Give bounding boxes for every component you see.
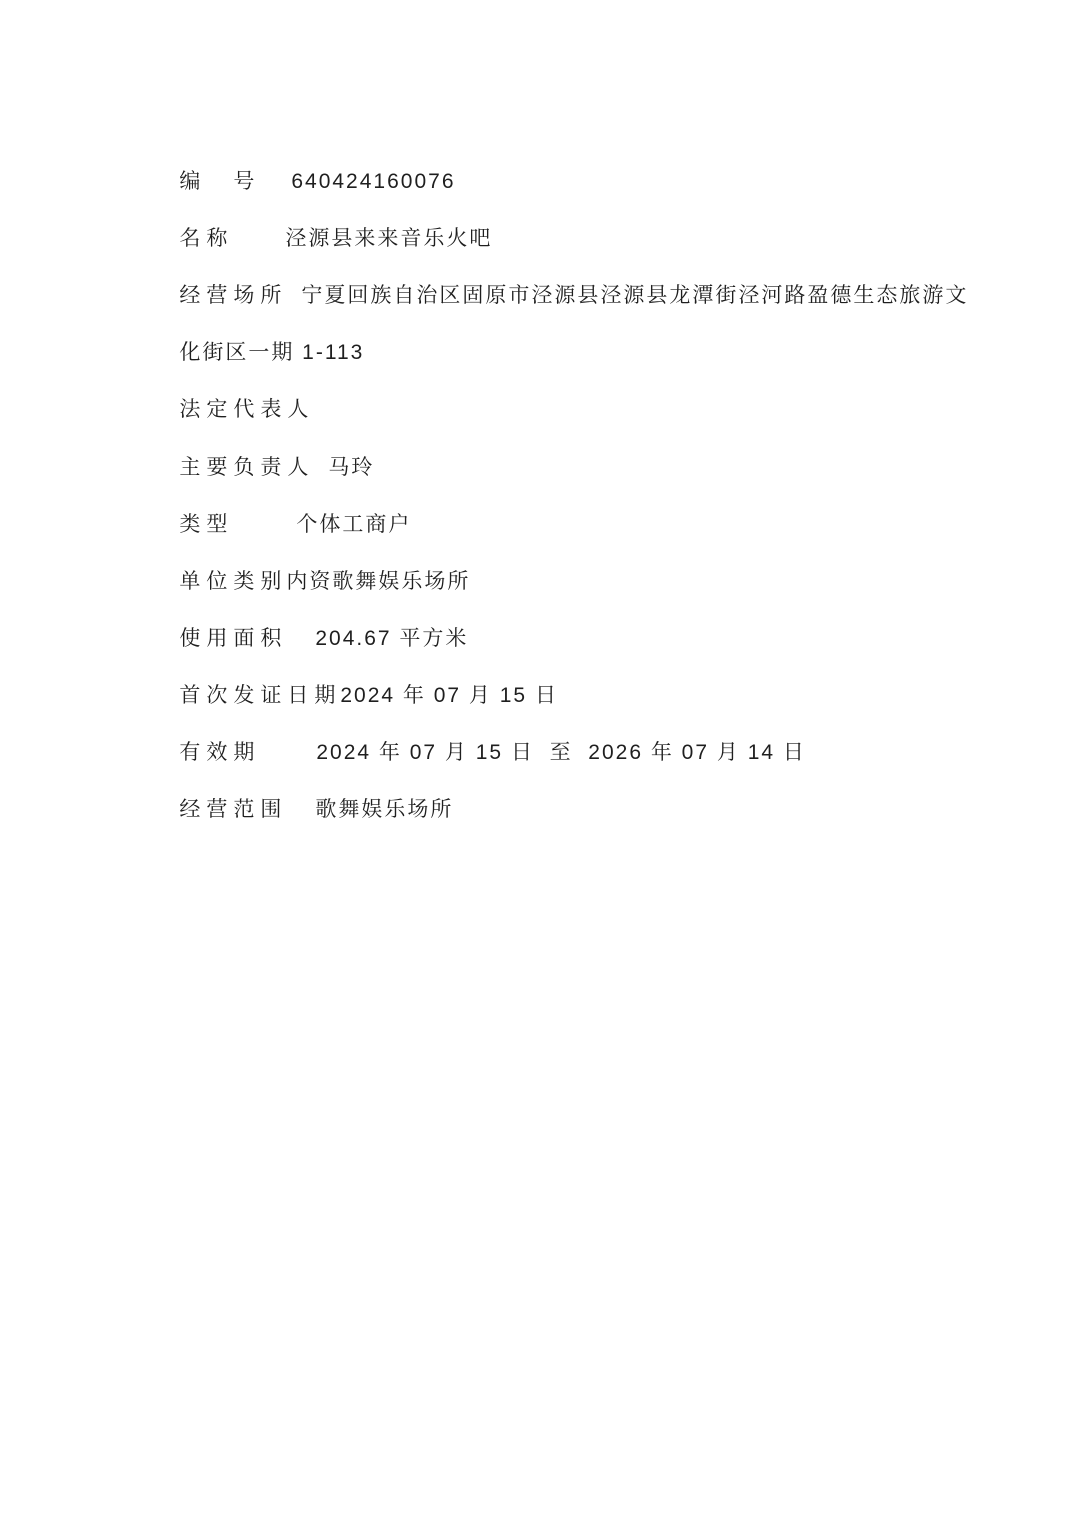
field-label-legal-representative: 法定代表人 <box>179 397 314 423</box>
field-label-type: 类型 <box>179 512 296 538</box>
field-value-type: 个体工商户 <box>296 512 411 538</box>
field-value-first-issue-date: 2024 年 07 月 15 日 <box>340 683 558 709</box>
field-value-principal: 马玲 <box>328 455 374 481</box>
field-label-number: 编 号 <box>179 169 291 195</box>
field-label-floor-area: 使用面积 <box>179 626 315 652</box>
field-value-unit-category: 内资歌舞娱乐场所 <box>286 569 470 595</box>
field-value-validity-period: 2024 年 07 月 15 日 至 2026 年 07 月 14 日 <box>316 740 806 766</box>
field-label-unit-category: 单位类别 <box>179 569 286 595</box>
field-value-premises-continuation: 化街区一期 1-113 <box>179 340 364 366</box>
field-value-business-scope: 歌舞娱乐场所 <box>315 797 453 823</box>
field-value-business-premises: 宁夏回族自治区固原市泾源县泾源县龙潭街泾河路盈德生态旅游文 <box>301 283 968 309</box>
field-label-principal: 主要负责人 <box>179 455 328 481</box>
field-value-name: 泾源县来来音乐火吧 <box>285 226 492 252</box>
field-label-first-issue-date: 首次发证日期 <box>179 683 340 709</box>
field-label-business-premises: 经营场所 <box>179 283 301 309</box>
document-page: 编 号640424160076 名称泾源县来来音乐火吧 经营场所宁夏回族自治区固… <box>0 0 1074 1520</box>
field-row-business-scope: 经营范围歌舞娱乐场所 <box>156 771 453 849</box>
field-value-floor-area: 204.67 平方米 <box>315 626 468 652</box>
field-label-validity-period: 有效期 <box>179 740 316 766</box>
field-label-name: 名称 <box>179 226 285 252</box>
field-value-number: 640424160076 <box>291 169 455 195</box>
field-label-business-scope: 经营范围 <box>179 797 315 823</box>
